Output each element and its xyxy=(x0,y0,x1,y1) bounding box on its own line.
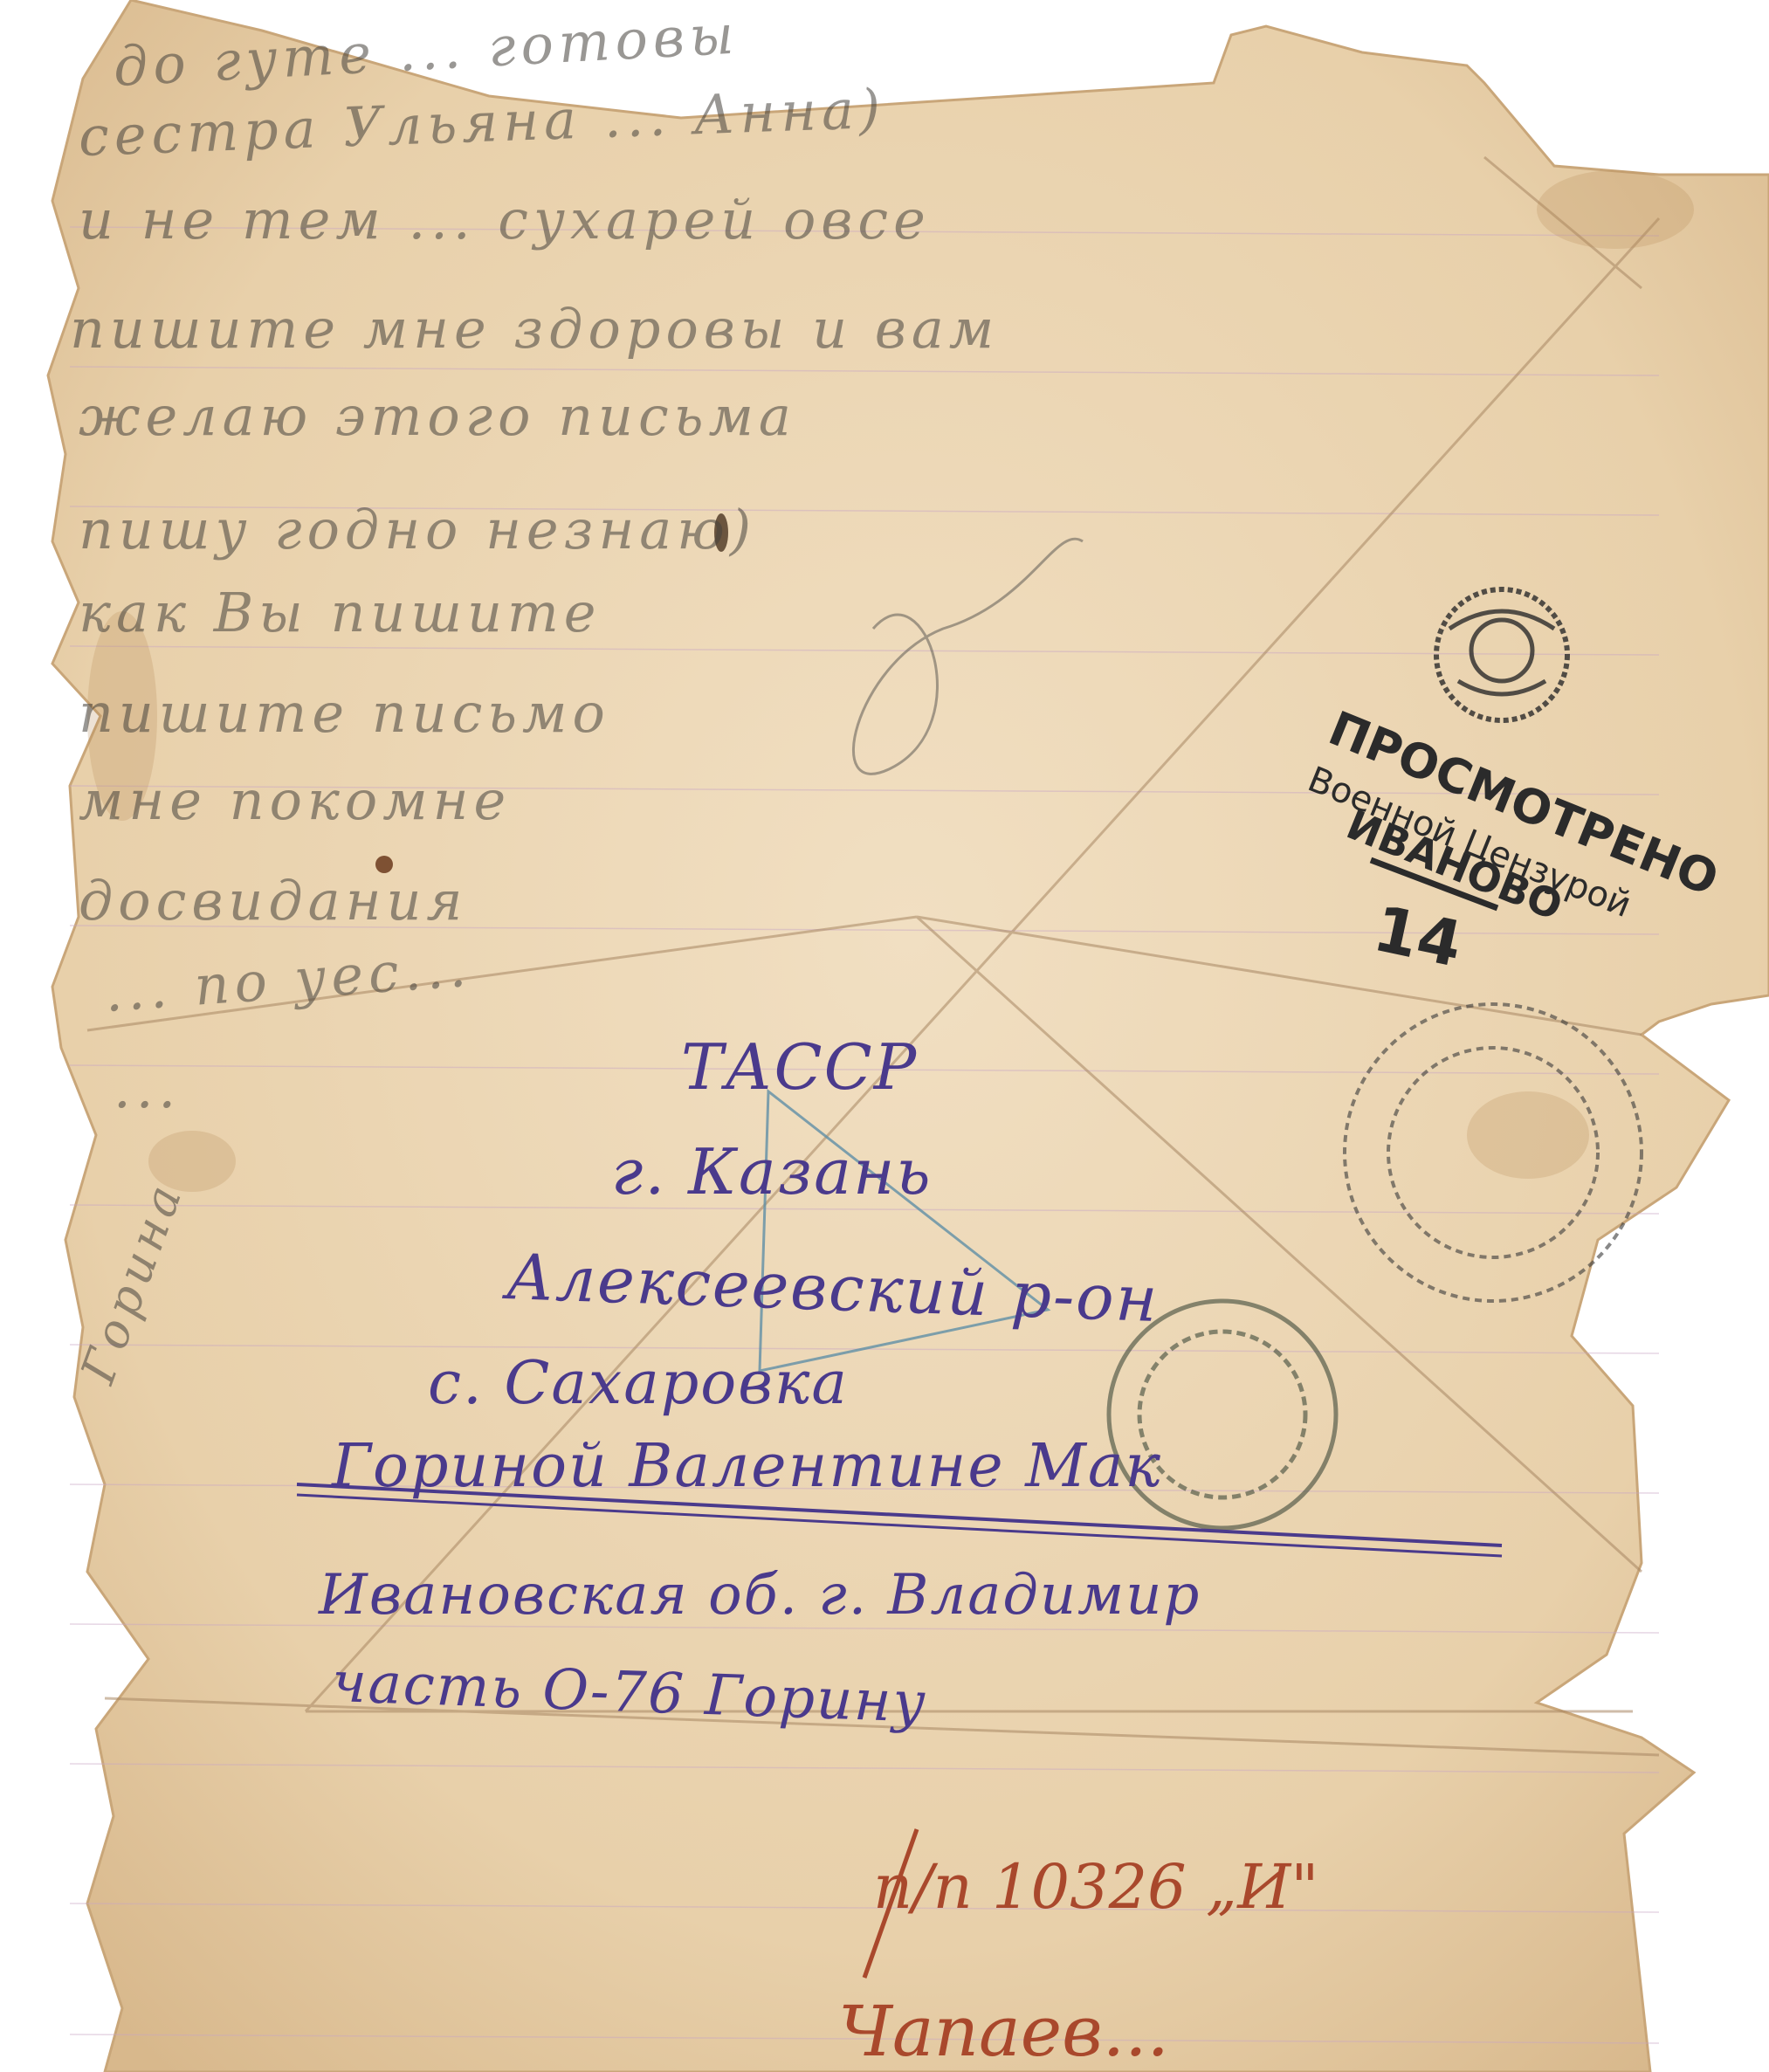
red-note-name: Чапаев... xyxy=(838,1991,1169,2072)
red-ink-note: п/п 10326 „И" Чапаев... xyxy=(0,0,1769,2072)
field-post-number: п/п 10326 „И" xyxy=(873,1851,1318,1923)
